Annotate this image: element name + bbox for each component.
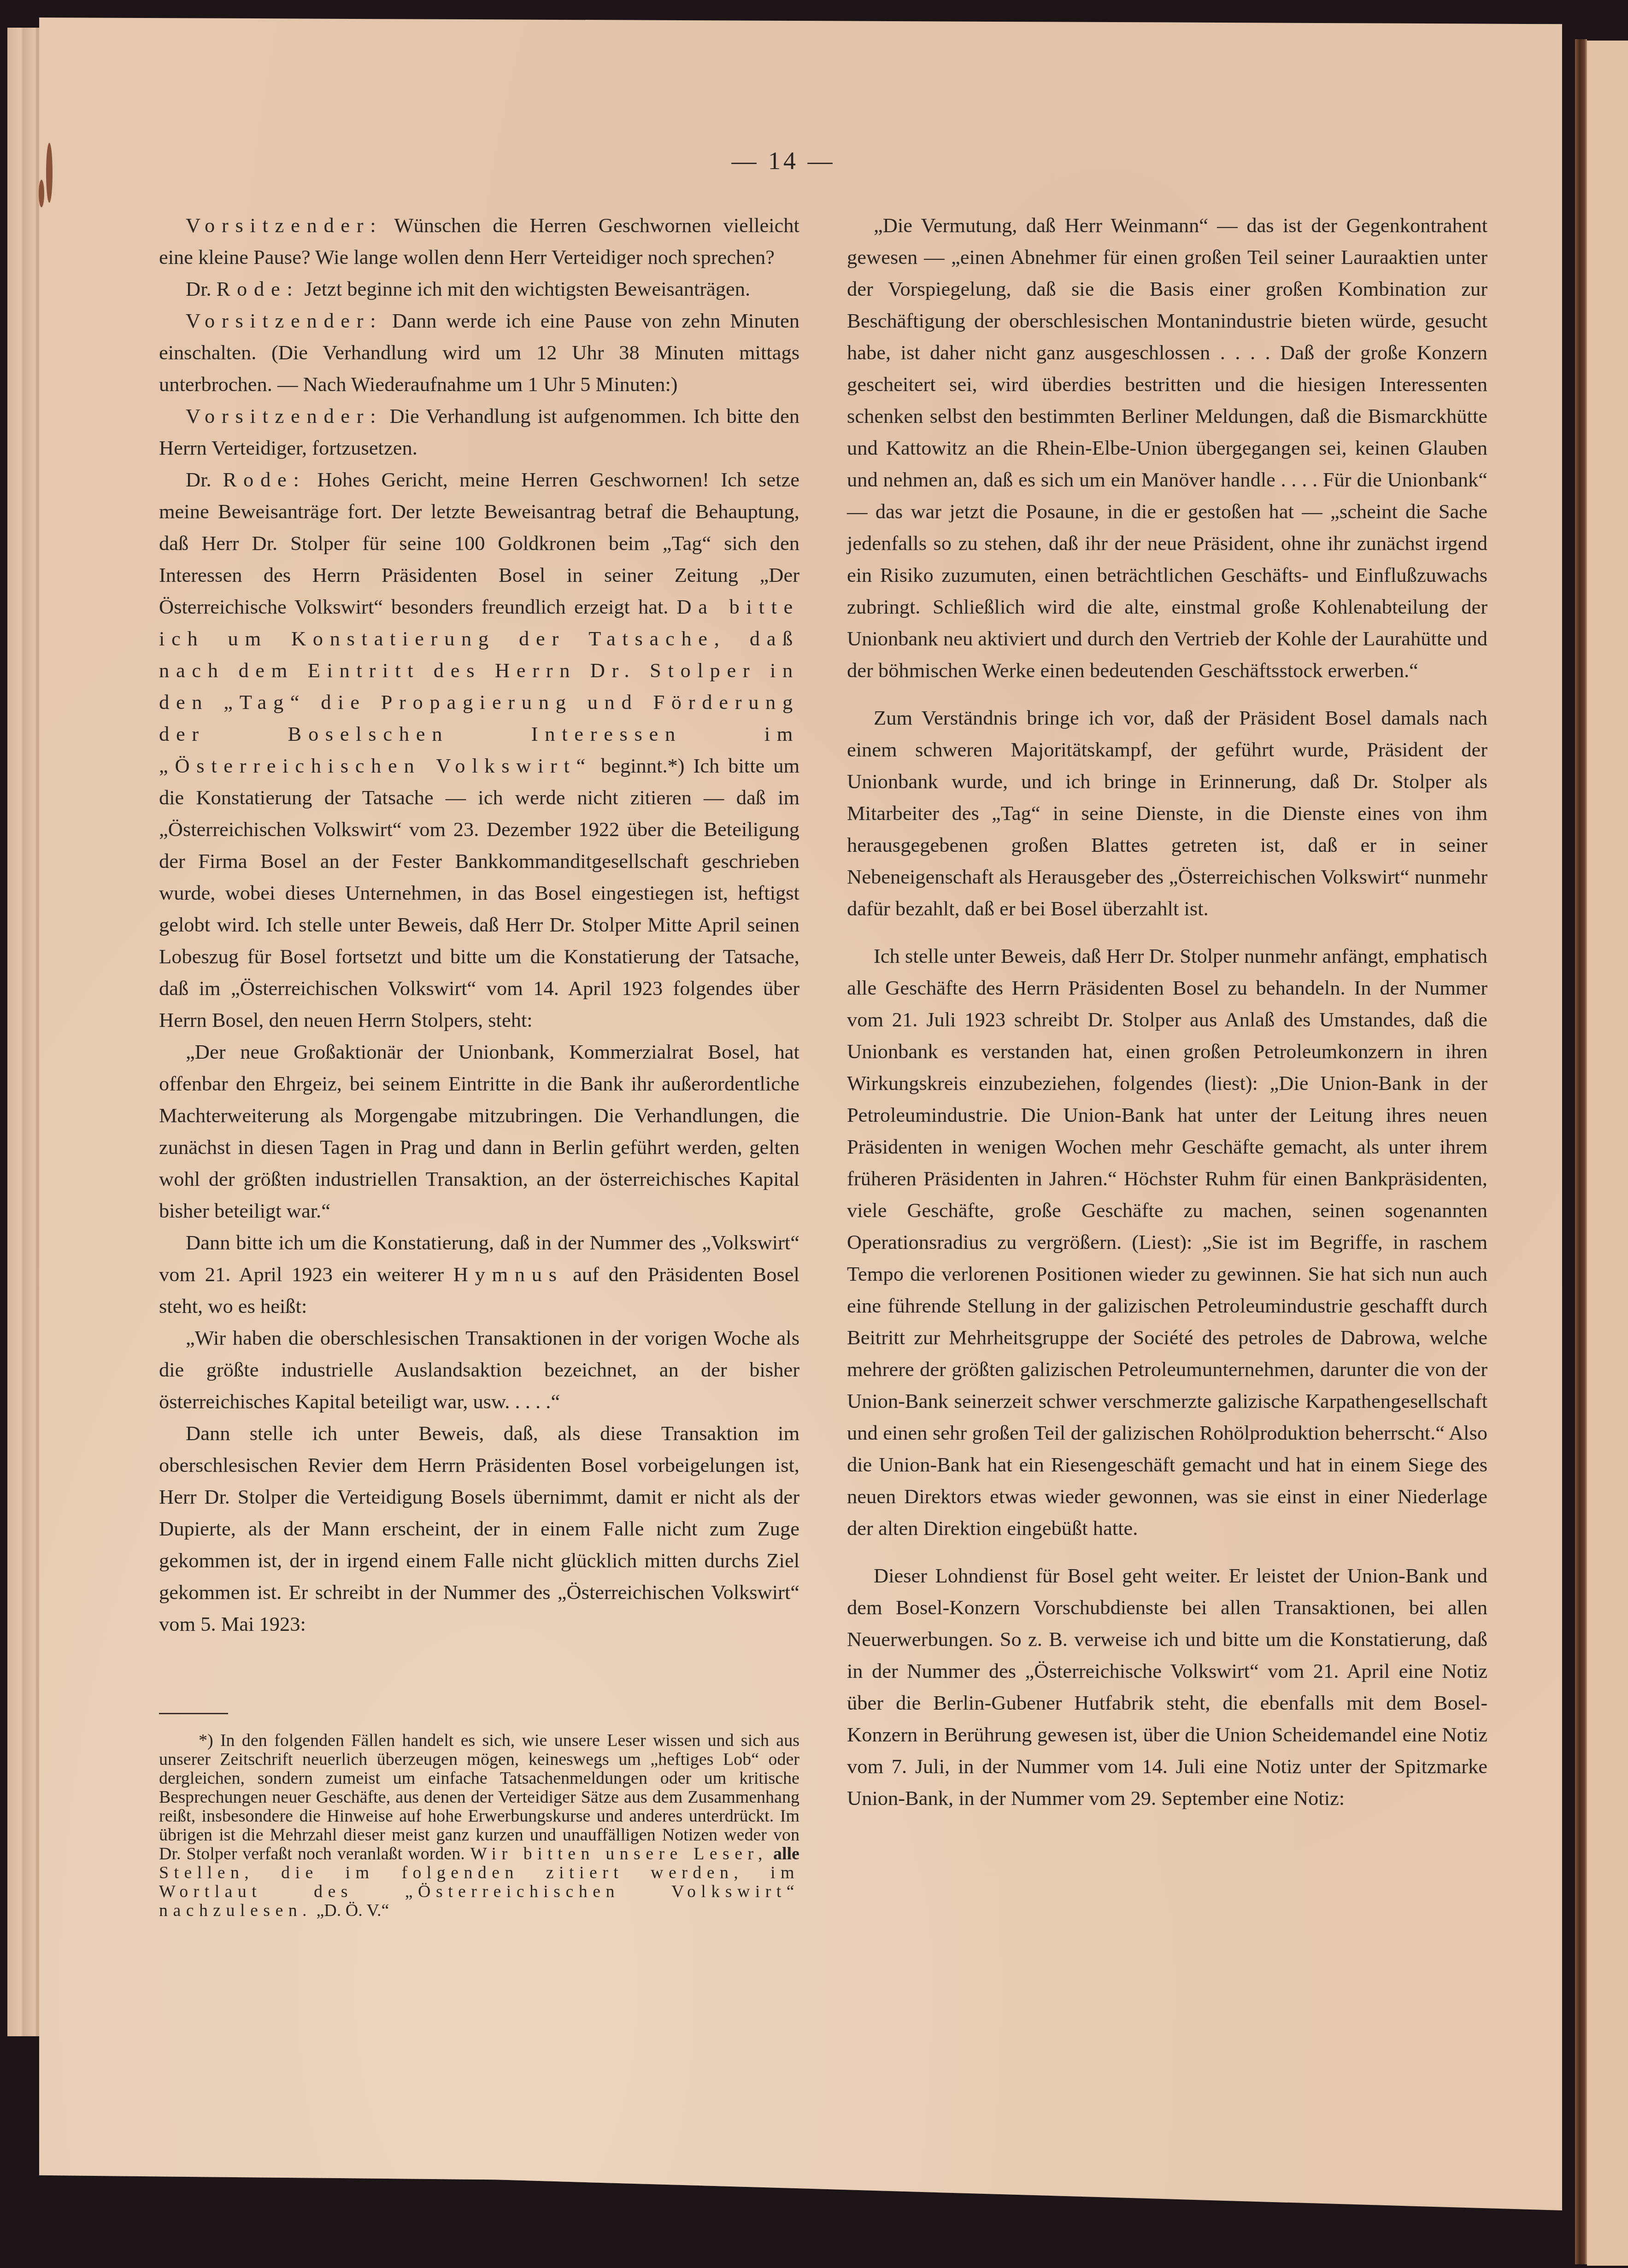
paragraph: Dann bitte ich um die Konstatierung, daß… bbox=[159, 1227, 799, 1322]
quotation-paragraph: „Die Vermutung, daß Herr Weinmann“ — das… bbox=[847, 210, 1487, 686]
page-number: — 14 — bbox=[668, 147, 899, 175]
ink-stain bbox=[39, 180, 44, 207]
paragraph: Zum Verständnis bringe ich vor, daß der … bbox=[847, 702, 1487, 925]
right-column: „Die Vermutung, daß Herr Weinmann“ — das… bbox=[847, 210, 1487, 1814]
paragraph-text: Jetzt beginne ich mit den wichtigsten Be… bbox=[299, 277, 750, 300]
footnote-text: *) In den folgenden Fällen handelt es si… bbox=[159, 1731, 799, 1920]
paragraph: Dann stelle ich unter Beweis, daß, als d… bbox=[159, 1418, 799, 1640]
footnote-body: *) In den folgenden Fällen handelt es si… bbox=[159, 1731, 799, 1864]
footnote: *) In den folgenden Fällen handelt es si… bbox=[159, 1731, 799, 1920]
paragraph-text: Dieser Lohndienst für Bosel geht weiter.… bbox=[847, 1564, 1487, 1810]
speaker-name: Rode: bbox=[217, 277, 300, 300]
speaker-title: Dr. bbox=[186, 277, 217, 300]
paragraph-text: Zum Verständnis bringe ich vor, daß der … bbox=[847, 706, 1487, 920]
speaker-name: Vorsitzender: bbox=[186, 214, 382, 237]
speaker-name: Vorsitzender: bbox=[186, 404, 382, 428]
paragraph-text: „Der neue Großaktionär der Unionbank, Ko… bbox=[159, 1040, 799, 1222]
paragraph: Vorsitzender: Dann werde ich eine Pause … bbox=[159, 305, 799, 400]
paragraph-text: „Wir haben die oberschlesischen Transakt… bbox=[159, 1326, 799, 1413]
adjacent-page-edge bbox=[1587, 41, 1628, 2266]
paragraph-text: Ich stelle unter Beweis, daß Herr Dr. St… bbox=[847, 944, 1487, 1540]
emphasized-text: Da bitte ich um Konstatierung der Tatsac… bbox=[159, 595, 799, 777]
paragraph: Dieser Lohndienst für Bosel geht weiter.… bbox=[847, 1560, 1487, 1814]
paragraph: Dr. Rode: Jetzt beginne ich mit den wich… bbox=[159, 273, 799, 305]
paragraph: Vorsitzender: Die Verhandlung ist aufgen… bbox=[159, 400, 799, 464]
footnote-divider bbox=[159, 1713, 228, 1714]
ink-stain bbox=[46, 143, 53, 203]
paragraph-text: beginnt.*) Ich bitte um die Konstatierun… bbox=[159, 754, 799, 1031]
emphasized-text: Wir bitten unsere Leser, bbox=[470, 1844, 768, 1864]
paragraph-text: Dann stelle ich unter Beweis, daß, als d… bbox=[159, 1422, 799, 1635]
page-fold-shadow bbox=[1575, 39, 1587, 2264]
emphasized-text: Hymnus bbox=[453, 1263, 564, 1286]
paragraph: Dr. Rode: Hohes Gericht, meine Herren Ge… bbox=[159, 464, 799, 1036]
quotation-paragraph: „Wir haben die oberschlesischen Transakt… bbox=[159, 1322, 799, 1418]
speaker-name: Vorsitzender: bbox=[186, 309, 382, 332]
speaker-title: Dr. bbox=[186, 468, 223, 491]
bold-text: alle bbox=[768, 1844, 799, 1864]
paragraph-text: „Die Vermutung, daß Herr Weinmann“ — das… bbox=[847, 214, 1487, 682]
quotation-paragraph: „Der neue Großaktionär der Unionbank, Ko… bbox=[159, 1036, 799, 1227]
paragraph: Vorsitzender: Wünschen die Herren Geschw… bbox=[159, 210, 799, 273]
paragraph: Ich stelle unter Beweis, daß Herr Dr. St… bbox=[847, 940, 1487, 1544]
emphasized-text: Stellen, die im folgenden zitiert werden… bbox=[159, 1863, 799, 1920]
speaker-name: Rode: bbox=[223, 468, 306, 491]
left-column: Vorsitzender: Wünschen die Herren Geschw… bbox=[159, 210, 799, 1640]
footnote-signature: „D. Ö. V.“ bbox=[312, 1901, 389, 1920]
